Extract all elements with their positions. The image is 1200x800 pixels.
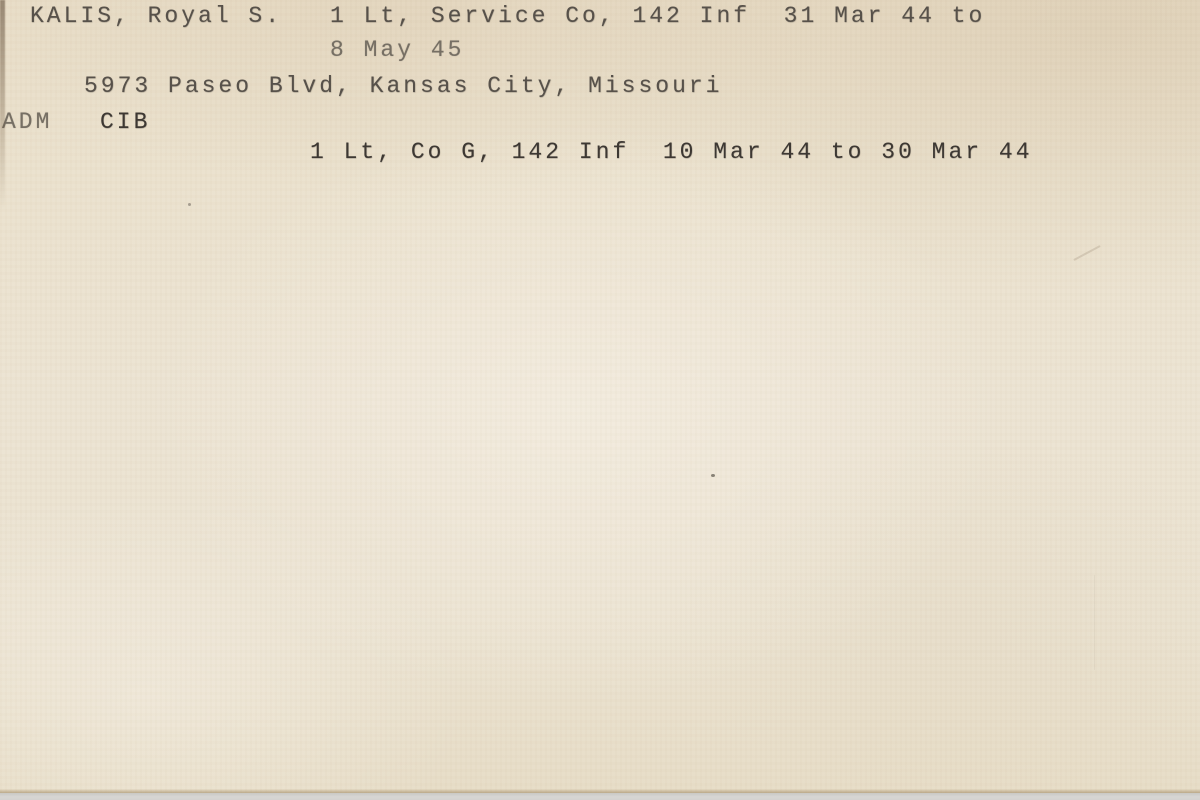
soldier-name: KALIS, Royal S. [30,3,282,29]
paper-speck [188,203,191,206]
index-card-paper: KALIS, Royal S. 1 Lt, Service Co, 142 In… [0,0,1200,793]
stamp-cib: CIB [100,109,150,135]
paper-crease [1094,575,1095,670]
home-address: 5973 Paseo Blvd, Kansas City, Missouri [84,73,723,99]
scanned-index-card: KALIS, Royal S. 1 Lt, Service Co, 142 In… [0,0,1200,800]
scan-left-edge-shadow [0,0,5,210]
service-entry-2: 1 Lt, Co G, 142 Inf 10 Mar 44 to 30 Mar … [310,139,1033,165]
service-entry-1-continuation: 8 May 45 [330,37,464,63]
service-entry-1: 1 Lt, Service Co, 142 Inf 31 Mar 44 to [330,3,985,29]
scanner-background-strip [0,793,1200,800]
paper-grain-texture [0,0,1200,793]
stamp-adm: ADM [2,109,52,135]
paper-speck [711,474,715,477]
